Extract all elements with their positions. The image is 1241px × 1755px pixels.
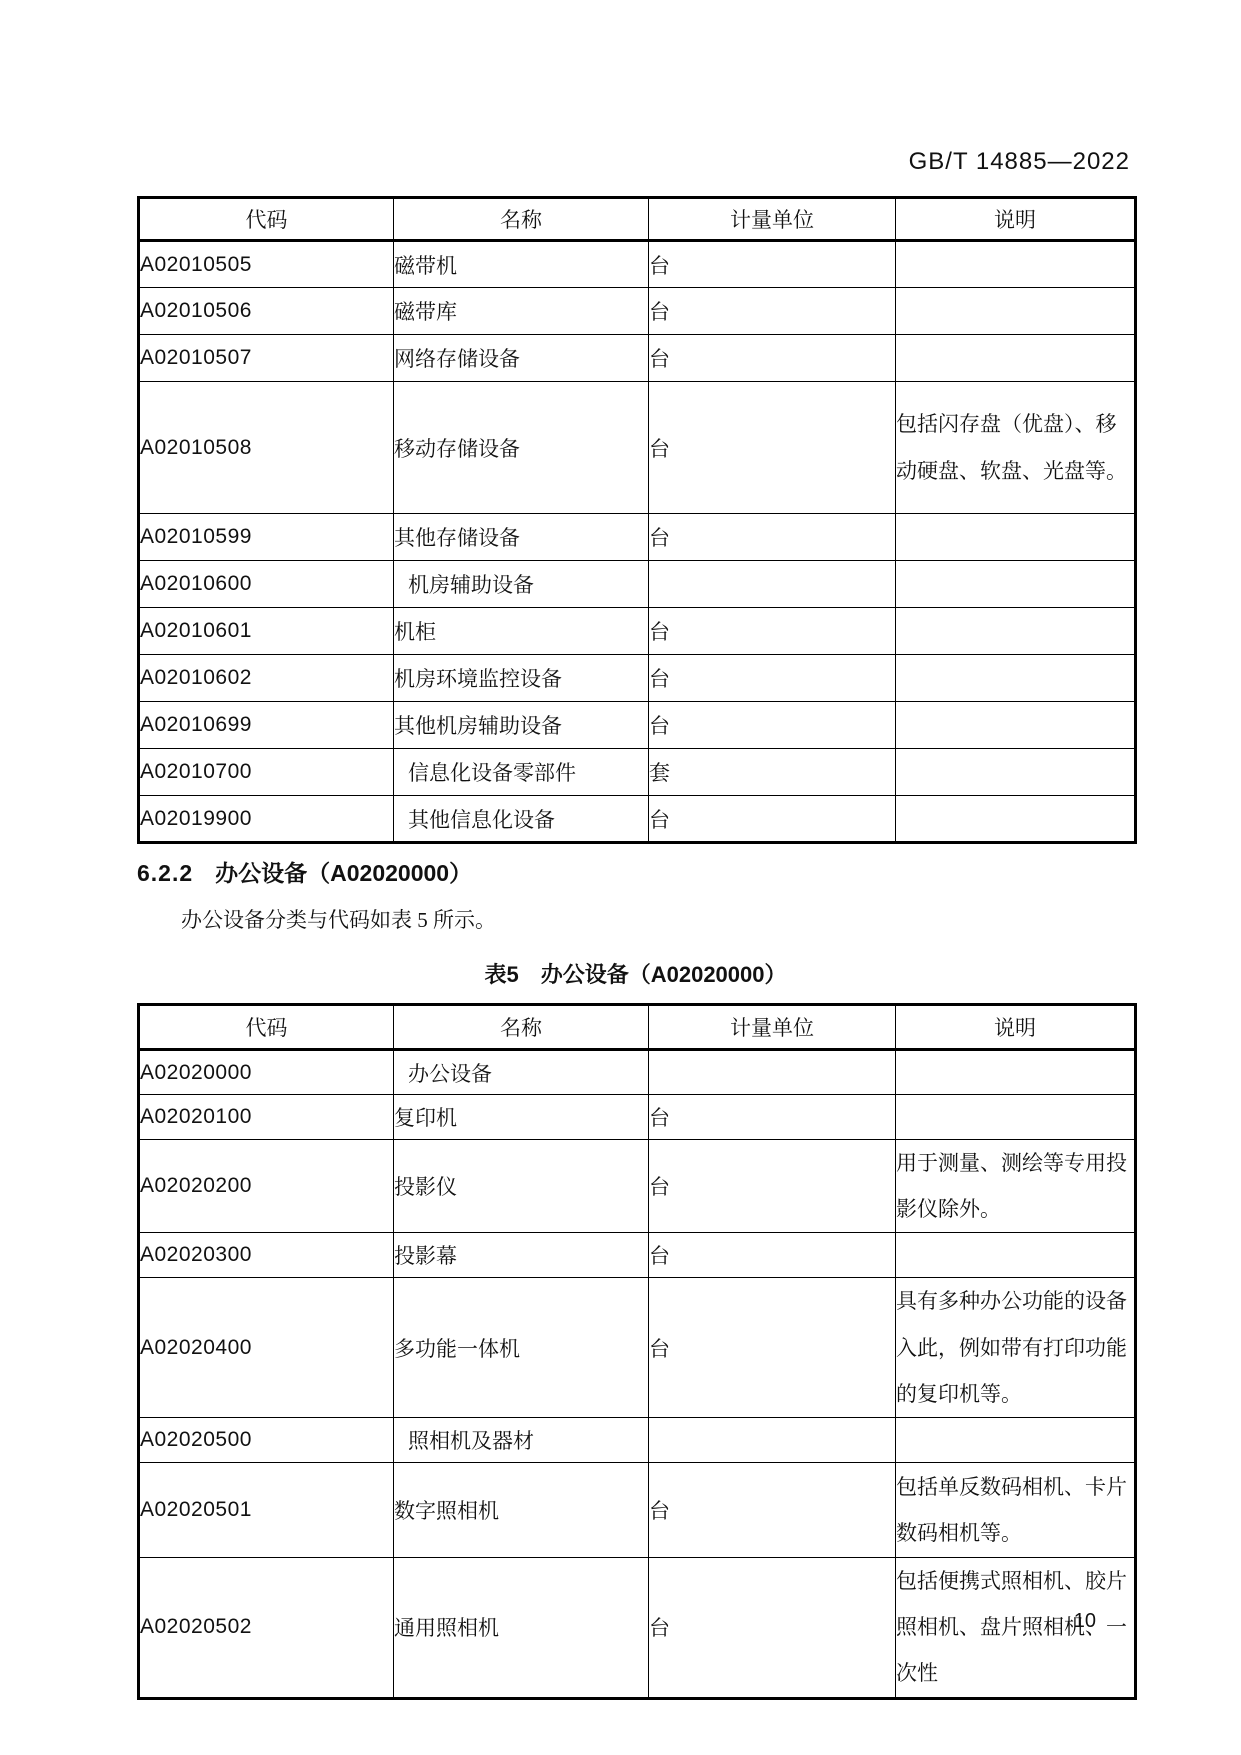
code-cell: A02010699 [139,702,394,749]
unit-cell: 台 [649,1140,896,1233]
name-cell: 网络存储设备 [394,335,649,382]
name-cell: 办公设备 [394,1050,649,1095]
note-cell [896,288,1136,335]
code-cell: A02010505 [139,241,394,288]
note-cell: 用于测量、测绘等专用投影仪除外。 [896,1140,1136,1233]
name-cell: 信息化设备零部件 [394,749,649,796]
code-cell: A02020200 [139,1140,394,1233]
section-heading: 6.2.2办公设备（A02020000） [137,855,472,888]
name-cell: 其他信息化设备 [394,796,649,843]
code-cell: A02010600 [139,561,394,608]
page-number: 10 [137,1610,1134,1633]
body-paragraph: 办公设备分类与代码如表 5 所示。 [137,904,1134,934]
table-header-row: 代码 名称 计量单位 说明 [139,198,1136,241]
name-cell: 照相机及器材 [394,1417,649,1462]
unit-cell: 台 [649,655,896,702]
name-cell: 机房环境监控设备 [394,655,649,702]
unit-cell [649,561,896,608]
code-cell: A02010700 [139,749,394,796]
standard-number-header: GB/T 14885—2022 [137,148,1134,176]
note-cell: 包括单反数码相机、卡片数码相机等。 [896,1462,1136,1557]
table-row: A02020300 投影幕 台 [139,1233,1136,1278]
table-row: A02019900 其他信息化设备 台 [139,796,1136,843]
code-cell: A02020400 [139,1278,394,1418]
table-row: A02020500 照相机及器材 [139,1417,1136,1462]
name-cell: 投影幕 [394,1233,649,1278]
unit-cell: 台 [649,702,896,749]
column-header-name: 名称 [394,1005,649,1050]
name-cell: 机柜 [394,608,649,655]
note-cell [896,1050,1136,1095]
code-cell: A02010508 [139,382,394,514]
table-row: A02010601 机柜 台 [139,608,1136,655]
name-cell: 磁带机 [394,241,649,288]
code-cell: A02020501 [139,1462,394,1557]
note-cell [896,1233,1136,1278]
note-cell [896,561,1136,608]
table-row: A02010602 机房环境监控设备 台 [139,655,1136,702]
table-information-equipment-continued: 代码 名称 计量单位 说明 A02010505 磁带机 台 A02010506 … [137,196,1137,844]
name-cell: 投影仪 [394,1140,649,1233]
name-cell: 机房辅助设备 [394,561,649,608]
code-cell: A02020100 [139,1095,394,1140]
table-row: A02020501 数字照相机 台 包括单反数码相机、卡片数码相机等。 [139,1462,1136,1557]
note-cell [896,241,1136,288]
unit-cell: 台 [649,382,896,514]
table-row: A02020400 多功能一体机 台 具有多种办公功能的设备入此，例如带有打印功… [139,1278,1136,1418]
table-row: A02010506 磁带库 台 [139,288,1136,335]
name-cell: 移动存储设备 [394,382,649,514]
note-cell [896,335,1136,382]
unit-cell: 台 [649,1095,896,1140]
code-cell: A02019900 [139,796,394,843]
note-cell [896,749,1136,796]
code-cell: A02020300 [139,1233,394,1278]
unit-cell: 台 [649,1462,896,1557]
column-header-code: 代码 [139,198,394,241]
table-row: A02020100 复印机 台 [139,1095,1136,1140]
note-cell [896,655,1136,702]
document-page: GB/T 14885—2022 代码 名称 计量单位 说明 A02010505 … [0,0,1241,1755]
note-cell [896,1417,1136,1462]
name-cell: 数字照相机 [394,1462,649,1557]
note-cell: 包括闪存盘（优盘）、移动硬盘、软盘、光盘等。 [896,382,1136,514]
column-header-note: 说明 [896,1005,1136,1050]
unit-cell [649,1050,896,1095]
column-header-name: 名称 [394,198,649,241]
table-row: A02020000 办公设备 [139,1050,1136,1095]
table5-office-equipment: 代码 名称 计量单位 说明 A02020000 办公设备 A02020100 复… [137,1003,1137,1700]
table-header-row: 代码 名称 计量单位 说明 [139,1005,1136,1050]
name-cell: 复印机 [394,1095,649,1140]
unit-cell: 套 [649,749,896,796]
table-row: A02020200 投影仪 台 用于测量、测绘等专用投影仪除外。 [139,1140,1136,1233]
code-cell: A02010602 [139,655,394,702]
column-header-unit: 计量单位 [649,1005,896,1050]
unit-cell [649,1417,896,1462]
unit-cell: 台 [649,335,896,382]
unit-cell: 台 [649,241,896,288]
table-row: A02010700 信息化设备零部件 套 [139,749,1136,796]
unit-cell: 台 [649,796,896,843]
column-header-code: 代码 [139,1005,394,1050]
code-cell: A02010601 [139,608,394,655]
table-row: A02010505 磁带机 台 [139,241,1136,288]
table-row: A02010507 网络存储设备 台 [139,335,1136,382]
code-cell: A02020000 [139,1050,394,1095]
name-cell: 其他存储设备 [394,514,649,561]
note-cell [896,702,1136,749]
note-cell [896,514,1136,561]
unit-cell: 台 [649,288,896,335]
note-cell [896,608,1136,655]
note-cell [896,1095,1136,1140]
column-header-note: 说明 [896,198,1136,241]
name-cell: 多功能一体机 [394,1278,649,1418]
table5-caption: 表5 办公设备（A02020000） [137,958,1134,989]
section-number: 6.2.2 [137,860,193,886]
table-row: A02010600 机房辅助设备 [139,561,1136,608]
unit-cell: 台 [649,1233,896,1278]
name-cell: 其他机房辅助设备 [394,702,649,749]
table-row: A02010699 其他机房辅助设备 台 [139,702,1136,749]
unit-cell: 台 [649,608,896,655]
unit-cell: 台 [649,1278,896,1418]
code-cell: A02020500 [139,1417,394,1462]
code-cell: A02010506 [139,288,394,335]
name-cell: 磁带库 [394,288,649,335]
code-cell: A02010599 [139,514,394,561]
column-header-unit: 计量单位 [649,198,896,241]
unit-cell: 台 [649,514,896,561]
table-row: A02010599 其他存储设备 台 [139,514,1136,561]
code-cell: A02010507 [139,335,394,382]
section-title: 办公设备（A02020000） [215,860,472,886]
note-cell: 具有多种办公功能的设备入此，例如带有打印功能的复印机等。 [896,1278,1136,1418]
note-cell [896,796,1136,843]
table-row: A02010508 移动存储设备 台 包括闪存盘（优盘）、移动硬盘、软盘、光盘等… [139,382,1136,514]
